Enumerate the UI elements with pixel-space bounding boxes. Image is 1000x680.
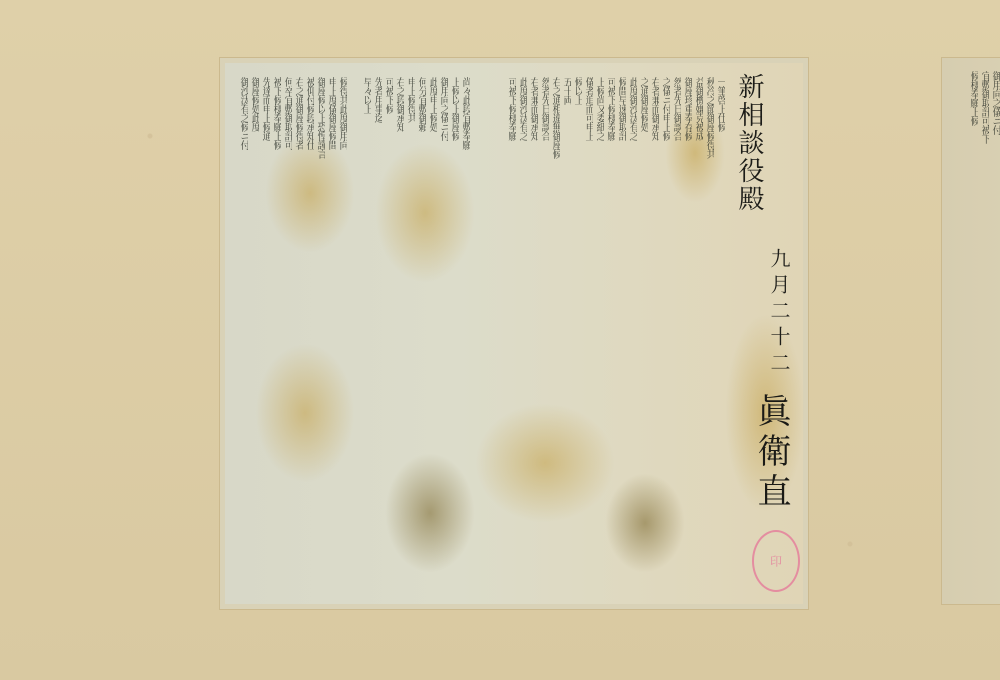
paper: 候得共此度御用向 申上度儀御座候間 御座候以上恐惶謹言 被仰付候段承知仕 右之通… xyxy=(225,63,803,604)
text-column: 右者兼而御承知 xyxy=(528,77,538,590)
text-column: 之通御座候処 xyxy=(638,77,648,590)
text-column: 上候以上御座候 xyxy=(449,77,459,590)
text-column: 然者先日御談合 xyxy=(539,77,549,590)
text-column: 上候尚又委細之 xyxy=(594,77,604,590)
text-column: 候様奉願上候 xyxy=(968,71,978,555)
seal-label: 印 xyxy=(768,555,785,567)
text-column: 先達而申上候通 xyxy=(260,77,270,590)
text-column: 此度御沙汰有之 xyxy=(517,77,527,590)
text-column: 一筆啓上仕候 xyxy=(715,77,725,590)
text-column: 可被下候様奉願 xyxy=(605,77,615,590)
text-column: 御用向之儀ニ付 xyxy=(990,71,1000,555)
text-column: 五十両 xyxy=(561,77,571,590)
text-column: 被下候様奉願上候 xyxy=(271,77,281,590)
text-column: 尚々此段宜敷奉願 xyxy=(460,77,470,590)
text-column: 右之通相違無御座候 xyxy=(550,77,560,590)
text-column: 宜敷御取計可被下 xyxy=(979,71,989,555)
letter-sheet: 候得共此度御用向 申上度儀御座候間 御座候以上恐惶謹言 被仰付候段承知仕 右之通… xyxy=(219,57,809,610)
adjacent-sheet: 此度申上候儀者 御用向之儀ニ付 宜敷御取計可被下 候様奉願上候 xyxy=(941,57,1000,605)
text-column: 候以上 xyxy=(572,77,582,590)
text-column: 右之通御座候得者 xyxy=(293,77,303,590)
text-column: 益御機嫌克被成 xyxy=(693,77,703,590)
addressee-title: 新相談役殿 xyxy=(734,73,764,213)
text-column: 先者用事迄 xyxy=(372,77,382,590)
text-column: 早々以上 xyxy=(361,77,371,590)
text-column: 右之段御承知 xyxy=(394,77,404,590)
text-column: 可被下候 xyxy=(383,77,393,590)
date: 九月二十二 xyxy=(765,248,794,378)
text-column: 被仰付候段承知仕 xyxy=(304,77,314,590)
middle-text-block: 尚々此段宜敷奉願 上候以上御座候 御用向之儀ニ付 此度申上候処 何分宜敷御頼 申… xyxy=(360,77,470,590)
text-column: 可被下候様奉願 xyxy=(506,77,516,590)
text-column: 此度申上候処 xyxy=(427,77,437,590)
text-column: 候得共此度御用向 xyxy=(337,77,347,590)
left-text-block: 候得共此度御用向 申上度儀御座候間 御座候以上恐惶謹言 被仰付候段承知仕 右之通… xyxy=(237,77,347,590)
text-column: 御沙汰有之候ニ付 xyxy=(238,77,248,590)
text-column: 何卒宜敷御取計可 xyxy=(282,77,292,590)
text-column: 之儀ニ付申上候 xyxy=(660,77,670,590)
text-column: 然者先日御談合 xyxy=(671,77,681,590)
text-column: 此度御沙汰有之 xyxy=(627,77,637,590)
text-column: 御座珍重奉存候 xyxy=(682,77,692,590)
text-column: 儀者追而可申上 xyxy=(583,77,593,590)
text-column: 右者兼而御承知 xyxy=(649,77,659,590)
right-text-block: 一筆啓上仕候 秋冷之節御座候得共 益御機嫌克被成 御座珍重奉存候 然者先日御談合… xyxy=(475,77,725,590)
red-seal-stamp: 印 xyxy=(752,530,800,592)
text-column: 何分宜敷御頼 xyxy=(416,77,426,590)
signature: 眞衛直 xyxy=(747,393,796,513)
text-column: 秋冷之節御座候得共 xyxy=(704,77,714,590)
text-column: 申上度儀御座候間 xyxy=(326,77,336,590)
text-column: 御用向之儀ニ付 xyxy=(438,77,448,590)
adjacent-text-block: 此度申上候儀者 御用向之儀ニ付 宜敷御取計可被下 候様奉願上候 xyxy=(961,71,1000,555)
text-column: 御座候処此度 xyxy=(249,77,259,590)
text-column: 御座候以上恐惶謹言 xyxy=(315,77,325,590)
text-column: 候間早速御取計 xyxy=(616,77,626,590)
text-column: 申上候得共 xyxy=(405,77,415,590)
